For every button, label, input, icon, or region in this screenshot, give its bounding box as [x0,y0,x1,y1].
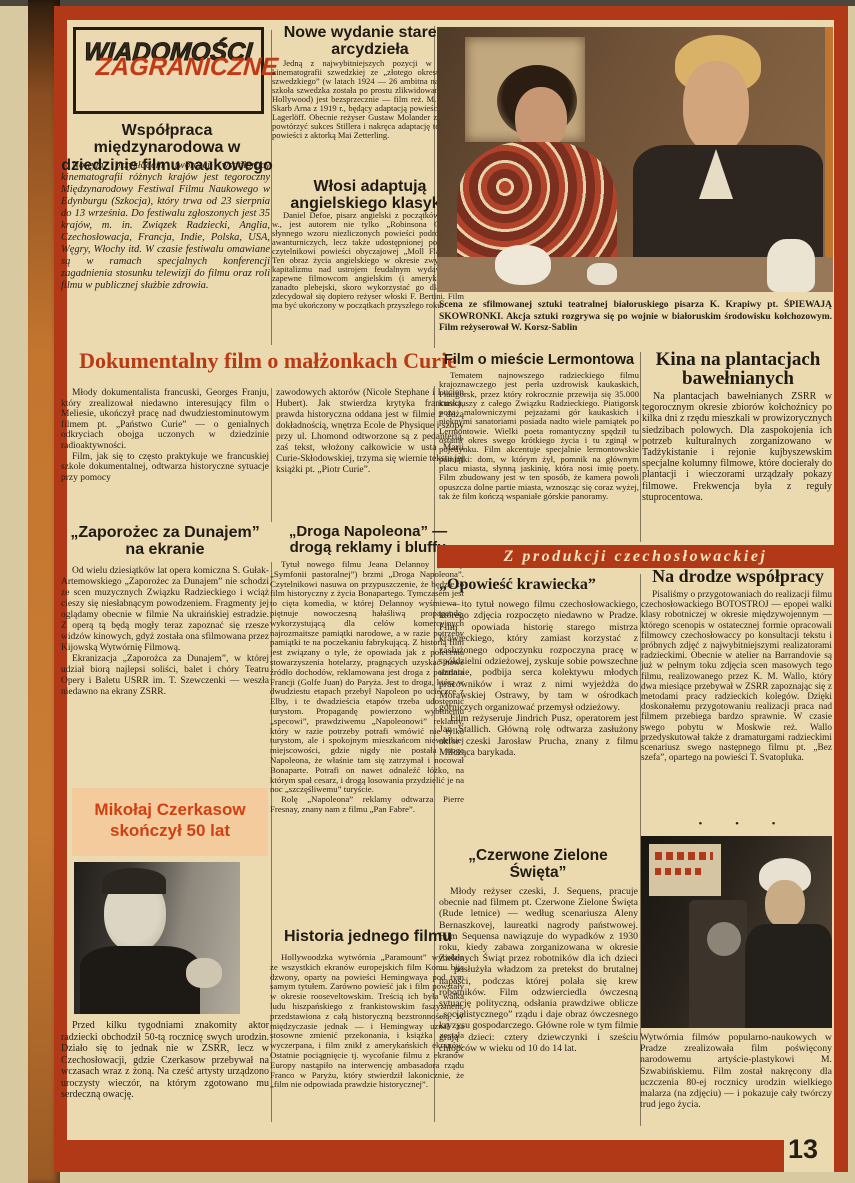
article-title-zaporozec: „Zaporożec za Dunajem” na ekranie [61,524,269,559]
white-jug [767,239,815,292]
article-body-wlosi: Daniel Defoe, pisarz angielski z początk… [272,211,464,345]
article-body-czerwone: Młody reżyser czeski, J. Sequens, pracuj… [439,886,638,1128]
white-teapot [495,245,551,285]
article-title-czerwone: „Czerwone Zielone Święta” [439,848,637,881]
white-cup [587,263,617,285]
article-body-curie-col2: zawodowych aktorów (Nicole Stephane i Lu… [276,388,464,522]
article-body-wspolpraca: Nowym przykładem twórczej współpracy kin… [61,160,270,348]
section-banner-czechoslovak: Z produkcji czechosłowackiej [437,545,834,568]
article-title-curie: Dokumentalny film o małżonkach Curie [72,348,464,374]
czerkasow-hair [102,868,166,894]
article-title-wlosi: Włosi adaptują angielskiego klasyka [276,178,464,213]
czerkasow-highlight-box: Mikołaj Czerkasow skończył 50 lat [72,788,268,856]
article-title-historia: Historia jednego filmu [272,928,464,945]
article-title-kina: Kina na plantacjach bawełnianych [643,350,833,388]
paragraph: Przed kilku tygodniami znakomity aktor r… [61,1020,269,1101]
man-face [683,61,749,153]
article-body-czerkasow: Przed kilku tygodniami znakomity aktor r… [61,1020,269,1126]
czerkasow-suit [80,946,200,1014]
artist-coat [745,924,832,1028]
paragraph: Daniel Defoe, pisarz angielski z początk… [272,211,464,310]
article-body-nowe-wydanie: Jedną z najwybitniejszych pozycji w hist… [272,59,464,177]
paragraph: Film, jak się to często praktykuje we fr… [61,452,269,484]
paragraph: Hollywoodzka wytwórnia „Paramount” wycof… [270,953,464,1090]
article-body-na-drodze: Pisaliśmy o przygotowaniach do realizacj… [641,590,832,820]
article-body-zaporozec: Od wielu dziesiątków lat opera komiczna … [61,566,269,784]
photo-edge-strip [825,27,833,292]
paragraph: — to tytuł nowego filmu czechosłowackieg… [439,599,638,713]
photo-czerkasow [74,862,240,1014]
paragraph: Tematem najnowszego radzieckiego filmu k… [439,371,639,501]
article-body-kina: Na plantacjach bawełnianych ZSRR w tegor… [642,391,832,547]
article-body-historia: Hollywoodzka wytwórnia „Paramount” wycof… [270,953,464,1125]
caption-text: Wytwórnia filmów popularno-naukowych w P… [640,1032,832,1110]
frame-border-right [834,6,848,1172]
paragraph: Jedną z najwybitniejszych pozycji w hist… [272,59,464,140]
paragraph: Młody dokumentalista francuski, Georges … [61,388,269,452]
article-title-opowiesc: „Opowieść krawiecka” [439,576,637,594]
article-title-droga-napoleona: „Droga Napoleona” — drogą reklamy i bluf… [272,524,464,556]
press-wheel [707,922,741,956]
page-number: 13 [788,1134,818,1165]
masthead-line2: ZAGRANICZNE [95,53,258,82]
photo-caption-top: Scena ze sfilmowanej sztuki teatralnej b… [439,300,832,335]
frame-border-top [54,6,848,20]
paragraph: Młody reżyser czeski, J. Sequens, pracuj… [439,886,638,1054]
article-body-droga-napoleona: Tytuł nowego filmu Jeana Delannoy (twórc… [270,560,464,924]
article-body-lermontow: Tematem najnowszego radzieckiego filmu k… [439,371,639,543]
article-body-opowiesc: — to tytuł nowego filmu czechosłowackieg… [439,599,638,843]
artist-face [765,880,805,928]
article-body-curie-col1: Młody dokumentalista francuski, Georges … [61,388,269,522]
column-rule [640,352,641,542]
masthead-box: WIADOMOŚCI ZAGRANICZNE [73,27,264,114]
printing-press [689,900,747,1028]
photo-sign [649,844,721,896]
photo-skowronki-scene [437,27,833,292]
paragraph: Nowym przykładem twórczej współpracy kin… [61,160,270,292]
paragraph: Od wielu dziesiątków lat opera komiczna … [61,566,269,654]
article-title-nowe-wydanie: Nowe wydanie starego arcydzieła [276,24,464,59]
photo-szwabinski [641,836,832,1028]
frame-border-bottom [54,1140,784,1172]
sign-red-lettering [655,868,701,875]
paragraph: Na plantacjach bawełnianych ZSRR w tegor… [642,391,832,503]
paragraph: Pisaliśmy o przygotowaniach do realizacj… [641,590,832,763]
paragraph: Ekranizacja „Zaporożca za Dunajem”, w kt… [61,654,269,698]
article-title-na-drodze: Na drodze współpracy [642,566,834,587]
czerkasow-hand [186,958,222,988]
paragraph: Rolę „Napoleona” reklamy odtwarza Pierre… [270,795,464,815]
paragraph: Film reżyseruje Jindrich Pusz, operatore… [439,713,638,759]
section-separator-dots: • • • [642,818,832,830]
article-title-lermontow: Film o mieście Lermontowa [440,353,638,369]
paragraph: Tytuł nowego filmu Jeana Delannoy (twórc… [270,560,464,795]
column-rule [271,388,272,522]
photo-caption-bottom: Wytwórnia filmów popularno-naukowych w P… [640,1032,832,1132]
sign-red-lettering [655,852,713,860]
paragraph: zawodowych aktorów (Nicole Stephane i Lu… [276,388,464,476]
box-title: Mikołaj Czerkasow skończył 50 lat [72,799,268,842]
